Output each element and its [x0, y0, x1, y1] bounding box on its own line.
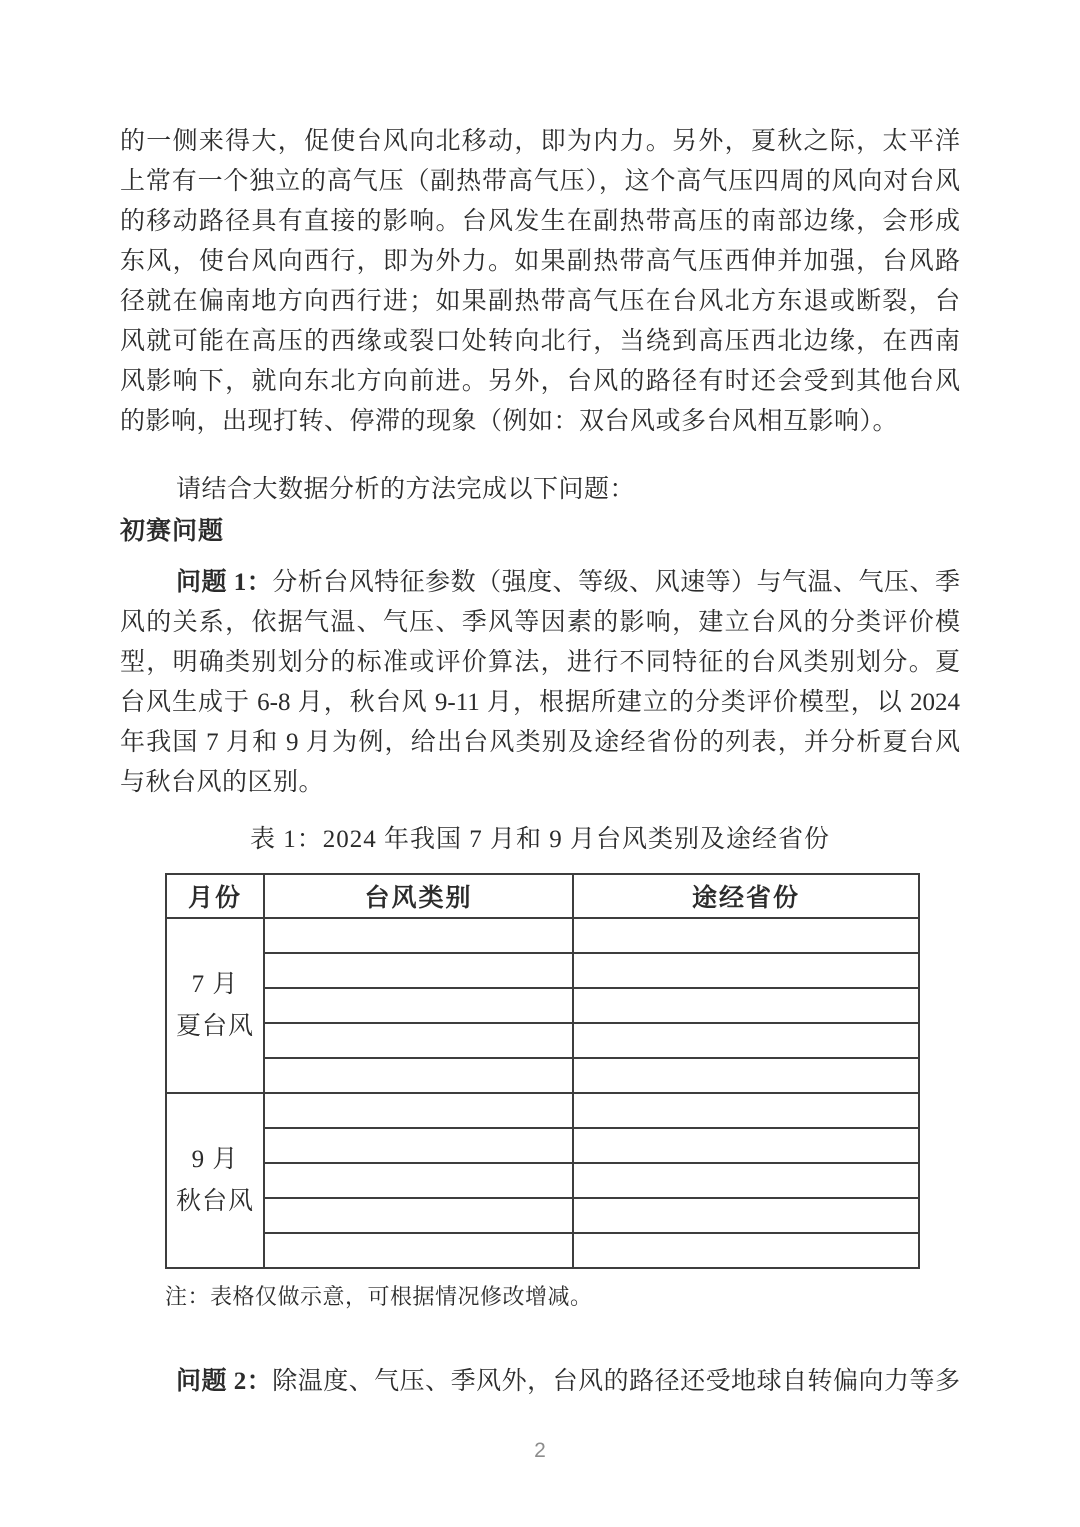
table-header-month: 月份 [166, 874, 264, 918]
intro-paragraph-line: 上常有一个独立的高气压（副热带高气压），这个高气压四周的风向对台风 [120, 162, 960, 202]
intro-paragraph-line: 东风，使台风向西行，即为外力。如果副热带高气压西伸并加强，台风路 [120, 242, 960, 282]
table-row [166, 1163, 919, 1198]
table-note: 注：表格仅做示意，可根据情况修改增减。 [165, 1279, 960, 1315]
table-caption: 表 1：2024 年我国 7 月和 9 月台风类别及途经省份 [120, 820, 960, 860]
question-1-line: 风的关系，依据气温、气压、季风等因素的影响，建立台风的分类评价模 [120, 603, 960, 643]
empty-cell [573, 1163, 919, 1198]
empty-cell [264, 1058, 573, 1093]
empty-cell [264, 918, 573, 953]
intro-paragraph-line: 的移动路径具有直接的影响。台风发生在副热带高压的南部边缘，会形成 [120, 202, 960, 242]
empty-cell [264, 1198, 573, 1233]
month-label: 7 月 [167, 964, 263, 1006]
empty-cell [264, 1023, 573, 1058]
intro-paragraph: 的一侧来得大，促使台风向北移动，即为内力。另外，夏秋之际，太平洋 上常有一个独立… [120, 122, 960, 442]
table-row [166, 953, 919, 988]
intro-paragraph-line: 的影响，出现打转、停滞的现象（例如：双台风或多台风相互影响）。 [120, 402, 960, 442]
empty-cell [573, 918, 919, 953]
question-1-line: 年我国 7 月和 9 月为例，给出台风类别及途经省份的列表，并分析夏台风 [120, 723, 960, 763]
question-1-label: 问题 1： [176, 569, 272, 596]
question-2-first-line: 问题 2：除温度、气压、季风外，台风的路径还受地球自转偏向力等多 [120, 1362, 960, 1402]
empty-cell [264, 1128, 573, 1163]
typhoon-season-label: 秋台风 [167, 1181, 263, 1223]
table-row [166, 1058, 919, 1093]
empty-cell [573, 988, 919, 1023]
table-row [166, 1128, 919, 1163]
table-row [166, 1023, 919, 1058]
empty-cell [264, 953, 573, 988]
table-row: 9 月 秋台风 [166, 1093, 919, 1128]
empty-cell [264, 1233, 573, 1268]
document-page: { "colors": { "text": "#2b2b2b", "table_… [0, 0, 1080, 1527]
table-row [166, 988, 919, 1023]
question-2-text: 除温度、气压、季风外，台风的路径还受地球自转偏向力等多 [272, 1368, 960, 1395]
empty-cell [573, 953, 919, 988]
intro-paragraph-line: 风影响下，就向东北方向前进。另外，台风的路径有时还会受到其他台风 [120, 362, 960, 402]
question-1-paragraph: 问题 1：分析台风特征参数（强度、等级、风速等）与气温、气压、季 风的关系，依据… [120, 563, 960, 803]
intro-paragraph-line: 的一侧来得大，促使台风向北移动，即为内力。另外，夏秋之际，太平洋 [120, 122, 960, 162]
typhoon-table: 月份 台风类别 途经省份 7 月 夏台风 9 月 秋台风 [165, 873, 920, 1269]
empty-cell [573, 1023, 919, 1058]
table-header-type: 台风类别 [264, 874, 573, 918]
page-number: 2 [120, 1436, 960, 1466]
month-cell-july: 7 月 夏台风 [166, 918, 264, 1093]
empty-cell [573, 1058, 919, 1093]
question-1-first-line: 问题 1：分析台风特征参数（强度、等级、风速等）与气温、气压、季 [120, 563, 960, 603]
empty-cell [264, 1163, 573, 1198]
month-label: 9 月 [167, 1139, 263, 1181]
question-2-label: 问题 2： [176, 1368, 272, 1395]
intro-paragraph-line: 风就可能在高压的西缘或裂口处转向北行，当绕到高压西北边缘，在西南 [120, 322, 960, 362]
month-cell-september: 9 月 秋台风 [166, 1093, 264, 1268]
table-row: 7 月 夏台风 [166, 918, 919, 953]
empty-cell [264, 1093, 573, 1128]
table-header-provinces: 途经省份 [573, 874, 919, 918]
typhoon-season-label: 夏台风 [167, 1006, 263, 1048]
table-row [166, 1233, 919, 1268]
section-heading: 初赛问题 [120, 512, 960, 552]
question-1-text: 分析台风特征参数（强度、等级、风速等）与气温、气压、季 [272, 569, 960, 596]
request-line: 请结合大数据分析的方法完成以下问题： [120, 470, 960, 510]
empty-cell [573, 1198, 919, 1233]
empty-cell [573, 1233, 919, 1268]
intro-paragraph-line: 径就在偏南地方向西行进；如果副热带高气压在台风北方东退或断裂，台 [120, 282, 960, 322]
empty-cell [573, 1093, 919, 1128]
empty-cell [573, 1128, 919, 1163]
question-1-line: 型，明确类别划分的标准或评价算法，进行不同特征的台风类别划分。夏 [120, 643, 960, 683]
question-1-line: 与秋台风的区别。 [120, 763, 960, 803]
question-1-line: 台风生成于 6-8 月，秋台风 9-11 月，根据所建立的分类评价模型，以 20… [120, 683, 960, 723]
table-header-row: 月份 台风类别 途经省份 [166, 874, 919, 918]
empty-cell [264, 988, 573, 1023]
table-row [166, 1198, 919, 1233]
